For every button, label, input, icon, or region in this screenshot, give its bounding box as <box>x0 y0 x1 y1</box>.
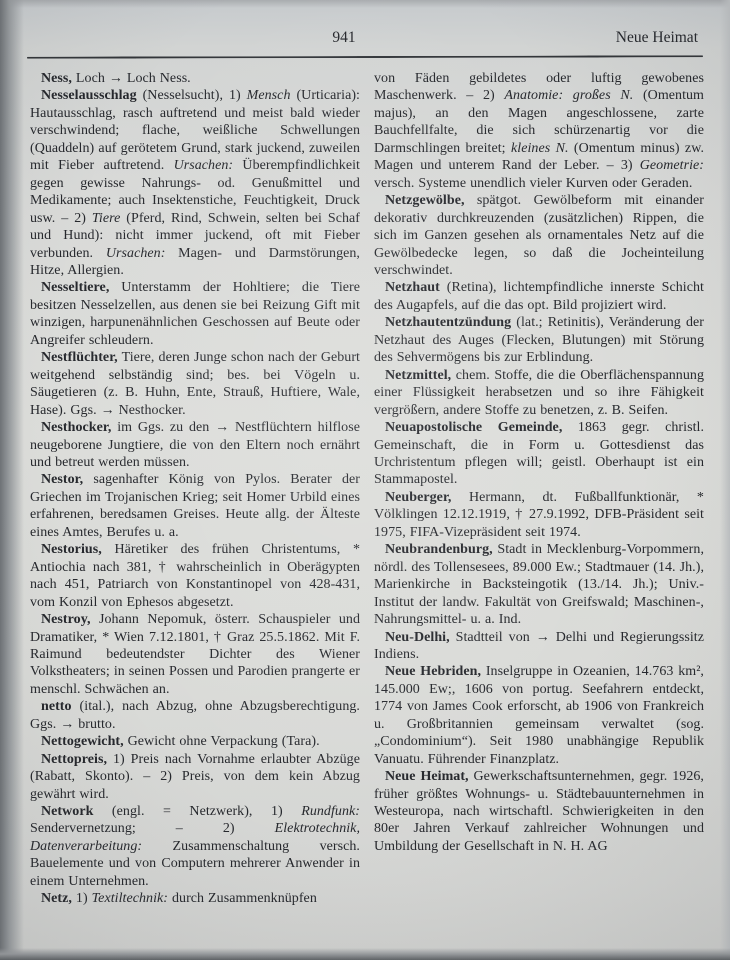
entry-headword: Neuapostolische Gemeinde, <box>385 420 562 435</box>
dictionary-entry: Neue Heimat, Gewerkschaftsunternehmen, g… <box>374 768 704 855</box>
entry-headword: Netzhaut <box>385 280 440 295</box>
entry-headword: Netz, <box>41 891 72 906</box>
dictionary-entry: Netzgewölbe, spätgot. Gewölbeform mit ei… <box>374 192 704 279</box>
entry-headword: Nestroy, <box>41 612 91 627</box>
right-column: von Fäden gebildetes oder luftig gewoben… <box>374 70 704 908</box>
dictionary-entry: Nettogewicht, Gewicht ohne Verpackung (T… <box>30 733 360 750</box>
entry-headword: Neuberger, <box>385 490 451 505</box>
two-column-text-block: Ness, Loch → Loch Ness.Nesselausschlag (… <box>30 70 704 908</box>
entry-headword: Nestorius, <box>41 542 102 557</box>
dictionary-entry: Netz, 1) Textiltechnik: durch Zusammenkn… <box>30 890 360 907</box>
dictionary-entry: Neu-Delhi, Stadtteil von → Delhi und Reg… <box>374 629 704 664</box>
dictionary-entry: Neue Hebriden, Inselgruppe in Ozeanien, … <box>374 663 704 768</box>
entry-text: 1) <box>72 891 92 906</box>
entry-headword: Nettopreis, <box>41 752 107 767</box>
entry-headword: Nesthocker, <box>41 420 111 435</box>
entry-text: Gewicht ohne Verpackung (Tara). <box>124 734 320 749</box>
entry-text: Inselgruppe in Ozeanien, 14.763 km², 145… <box>374 664 704 766</box>
entry-text: versch. Systeme unendlich vieler Kurven … <box>374 176 692 191</box>
photo-edge-right <box>720 0 730 960</box>
dictionary-entry: Network (engl. = Netzwerk), 1) Rundfunk:… <box>30 803 360 890</box>
dictionary-entry: Neubrandenburg, Stadt in Mecklenburg-Vor… <box>374 541 704 628</box>
entry-italic-text: kleines N. <box>511 141 569 156</box>
entry-text: (ital.), nach Abzug, ohne Abzugsberechti… <box>30 699 360 731</box>
entry-headword: Neue Heimat, <box>385 769 469 784</box>
entry-text: (Nesselsucht), 1) <box>137 88 247 103</box>
dictionary-entry: Nestor, sagenhafter König von Pylos. Ber… <box>30 471 360 541</box>
dictionary-entry: Netzmittel, chem. Stoffe, die die Oberfl… <box>374 367 704 419</box>
dictionary-entry: Neuapostolische Gemeinde, 1863 gegr. chr… <box>374 419 704 489</box>
entry-headword: Neubrandenburg, <box>385 542 493 557</box>
header-rule <box>27 55 703 58</box>
running-head: 941 Neue Heimat <box>30 28 698 48</box>
entry-headword: Network <box>41 804 93 819</box>
dictionary-entry: Nestroy, Johann Nepomuk, österr. Schausp… <box>30 611 360 698</box>
entry-headword: netto <box>41 699 72 714</box>
entry-italic-text: Textiltechnik: <box>92 891 168 906</box>
encyclopedia-page-photo: 941 Neue Heimat Ness, Loch → Loch Ness.N… <box>0 0 730 960</box>
dictionary-entry: Nestflüchter, Tiere, deren Junge schon n… <box>30 349 360 419</box>
entry-text: Sendervernetzung; – 2) <box>30 821 275 836</box>
entry-headword: Ness, <box>41 71 72 86</box>
dictionary-entry-continuation: von Fäden gebildetes oder luftig gewoben… <box>374 70 704 192</box>
dictionary-entry: netto (ital.), nach Abzug, ohne Abzugsbe… <box>30 698 360 733</box>
left-column: Ness, Loch → Loch Ness.Nesselausschlag (… <box>30 70 360 908</box>
dictionary-entry: Nesselausschlag (Nesselsucht), 1) Mensch… <box>30 87 360 279</box>
entry-italic-text: Anatomie: großes N. <box>504 88 633 103</box>
entry-italic-text: Ursachen: <box>106 246 166 261</box>
entry-italic-text: Rundfunk: <box>301 804 360 819</box>
entry-headword: Netzhautentzündung <box>385 315 511 330</box>
dictionary-entry: Nesthocker, im Ggs. zu den → Nestflüchte… <box>30 419 360 471</box>
entry-text: (engl. = Netzwerk), 1) <box>93 804 301 819</box>
entry-italic-text: Mensch <box>247 88 291 103</box>
running-title: Neue Heimat <box>616 28 698 48</box>
page-number: 941 <box>30 28 658 48</box>
entry-headword: Nesselausschlag <box>41 88 137 103</box>
dictionary-entry: Netzhaut (Retina), lichtempfindliche inn… <box>374 279 704 314</box>
dictionary-entry: Nestorius, Häretiker des frühen Christen… <box>30 541 360 611</box>
dictionary-entry: Nettopreis, 1) Preis nach Vornahme erlau… <box>30 751 360 803</box>
entry-headword: Nestor, <box>41 472 83 487</box>
dictionary-entry: Nesseltiere, Unterstamm der Hohltiere; d… <box>30 279 360 349</box>
entry-headword: Netzmittel, <box>385 368 451 383</box>
entry-italic-text: Tiere <box>92 211 121 226</box>
entry-italic-text: Ursachen: <box>174 158 234 173</box>
dictionary-entry: Ness, Loch → Loch Ness. <box>30 70 360 87</box>
entry-headword: Nesseltiere, <box>41 280 109 295</box>
photo-edge-bottom <box>0 948 730 960</box>
entry-italic-text: Geometrie: <box>640 158 704 173</box>
entry-headword: Nestflüchter, <box>41 350 118 365</box>
dictionary-entry: Netzhautentzündung (lat.; Retinitis), Ve… <box>374 314 704 366</box>
entry-headword: Neu-Delhi, <box>385 630 450 645</box>
entry-headword: Netzgewölbe, <box>385 193 465 208</box>
entry-headword: Nettogewicht, <box>41 734 124 749</box>
entry-headword: Neue Hebriden, <box>385 664 481 679</box>
dictionary-entry: Neuberger, Hermann, dt. Fußballfunktionä… <box>374 489 704 541</box>
entry-text: durch Zusammenknüpfen <box>168 891 317 906</box>
photo-edge-top <box>0 0 730 8</box>
entry-text: Loch → Loch Ness. <box>72 71 191 86</box>
book-edge-shadow <box>0 0 24 960</box>
